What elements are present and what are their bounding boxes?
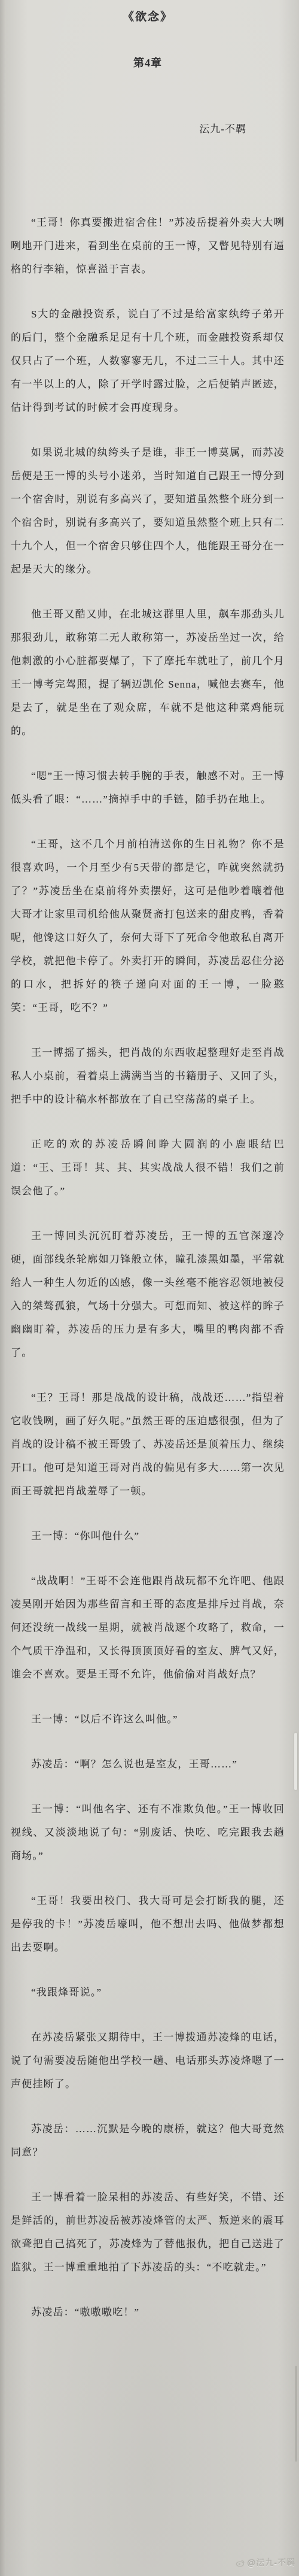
- paragraph: S大的金融投资系，说白了不过是给富家纨绔子弟开的后门，整个金融系足足有十几个班，…: [11, 302, 285, 419]
- watermark-text: @沄九-不羁: [247, 2557, 295, 2569]
- paragraph: “王哥，这不几个月前柏清送你的生日礼物？你不是很喜欢吗，一个月至少有5天带的都是…: [11, 833, 285, 1019]
- paragraph: 王一博看着一脸呆相的苏凌岳、有些好笑，不错、还是鲜活的，前世苏凌岳被苏凌烽管的太…: [11, 2185, 285, 2279]
- paragraph: 苏凌岳：……沉默是今晚的康桥，就这？他大哥竟然同意？: [11, 2117, 285, 2164]
- paragraphs: “王哥！你真要搬进宿舍住！”苏凌岳提着外卖大大咧咧地开门进来，看到坐在桌前的王一…: [11, 211, 285, 2324]
- author-name: 沄九-不羁: [11, 120, 285, 135]
- paragraph: “嗯”王一博习惯去转手腕的手表，触感不对。王一博低头看了眼：“……”摘掉手中的手…: [11, 764, 285, 811]
- paragraph: 正吃的欢的苏凌岳瞬间睁大圆润的小鹿眼结巴道：“王、王哥！其、其、其实战战人很不错…: [11, 1133, 285, 1203]
- paragraph: 王一博：“你叫他什么”: [11, 1524, 285, 1548]
- paragraph: 苏凌岳：“嗷嗷嗷吃！”: [11, 2300, 285, 2324]
- paragraph: 他王哥又酷又帅，在北城这群里人里，飙车那劲头儿那狠劲儿，敢称第二无人敢称第一，苏…: [11, 603, 285, 743]
- paragraph: “战战啊！”王哥不会连他跟肖战玩都不允许吧、他跟凌昊刚开始因为那些留言和王哥的态…: [11, 1569, 285, 1686]
- paragraph: “王哥！你真要搬进宿舍住！”苏凌岳提着外卖大大咧咧地开门进来，看到坐在桌前的王一…: [11, 211, 285, 281]
- chapter-heading: 第4章: [11, 55, 285, 70]
- watermark: @沄九-不羁: [236, 2557, 295, 2569]
- paragraph: 王一博回头沉沉盯着苏凌岳，王一博的五官深邃冷硬，面部线条轮廓如刀锋般立体，瞳孔漆…: [11, 1224, 285, 1364]
- paragraph: 王一博摇了摇头，把肖战的东西收起整理好走至肖战私人小桌前，看着桌上满满当当的书籍…: [11, 1041, 285, 1111]
- page-edge-shadow: [295, 2366, 297, 2462]
- book-title: 《欲念》: [11, 10, 285, 25]
- paragraph: 苏凌岳：“啊？怎么说也是室友，王哥……”: [11, 1752, 285, 1776]
- paragraph: 如果说北城的纨绔头子是谁，非王一博莫属，而苏凌岳便是王一博的头号小迷弟，当时知道…: [11, 441, 285, 581]
- paragraph: “我跟烽哥说。”: [11, 1981, 285, 2004]
- weibo-logo-icon: [236, 2559, 245, 2567]
- novel-page: 《欲念》 第4章 沄九-不羁 “王哥！你真要搬进宿舍住！”苏凌岳提着外卖大大咧咧…: [0, 0, 299, 2576]
- paragraph: 王一博：“以后不许这么叫他。”: [11, 1708, 285, 1731]
- paragraph: 在苏凌岳紧张又期待中，王一博拨通苏凌烽的电话，说了句需要凌岳随他出学校一趟、电话…: [11, 2026, 285, 2096]
- paragraph: “王？王哥！那是战战的设计稿，战战还……”指望着它收钱咧，画了好久呢。”虽然王哥…: [11, 1386, 285, 1503]
- paragraph: “王哥！我要出校门、我大哥可是会打断我的腿，还是停我的卡！”苏凌岳嚎叫，他不想出…: [11, 1889, 285, 1959]
- paragraph: 王一博：“叫他名字、还有不准欺负他。”王一博收回视线、又淡淡地说了句：“别废话、…: [11, 1797, 285, 1867]
- page-content: 《欲念》 第4章 沄九-不羁 “王哥！你真要搬进宿舍住！”苏凌岳提着外卖大大咧咧…: [0, 0, 299, 2345]
- scrollbar-thumb[interactable]: [294, 1733, 297, 1790]
